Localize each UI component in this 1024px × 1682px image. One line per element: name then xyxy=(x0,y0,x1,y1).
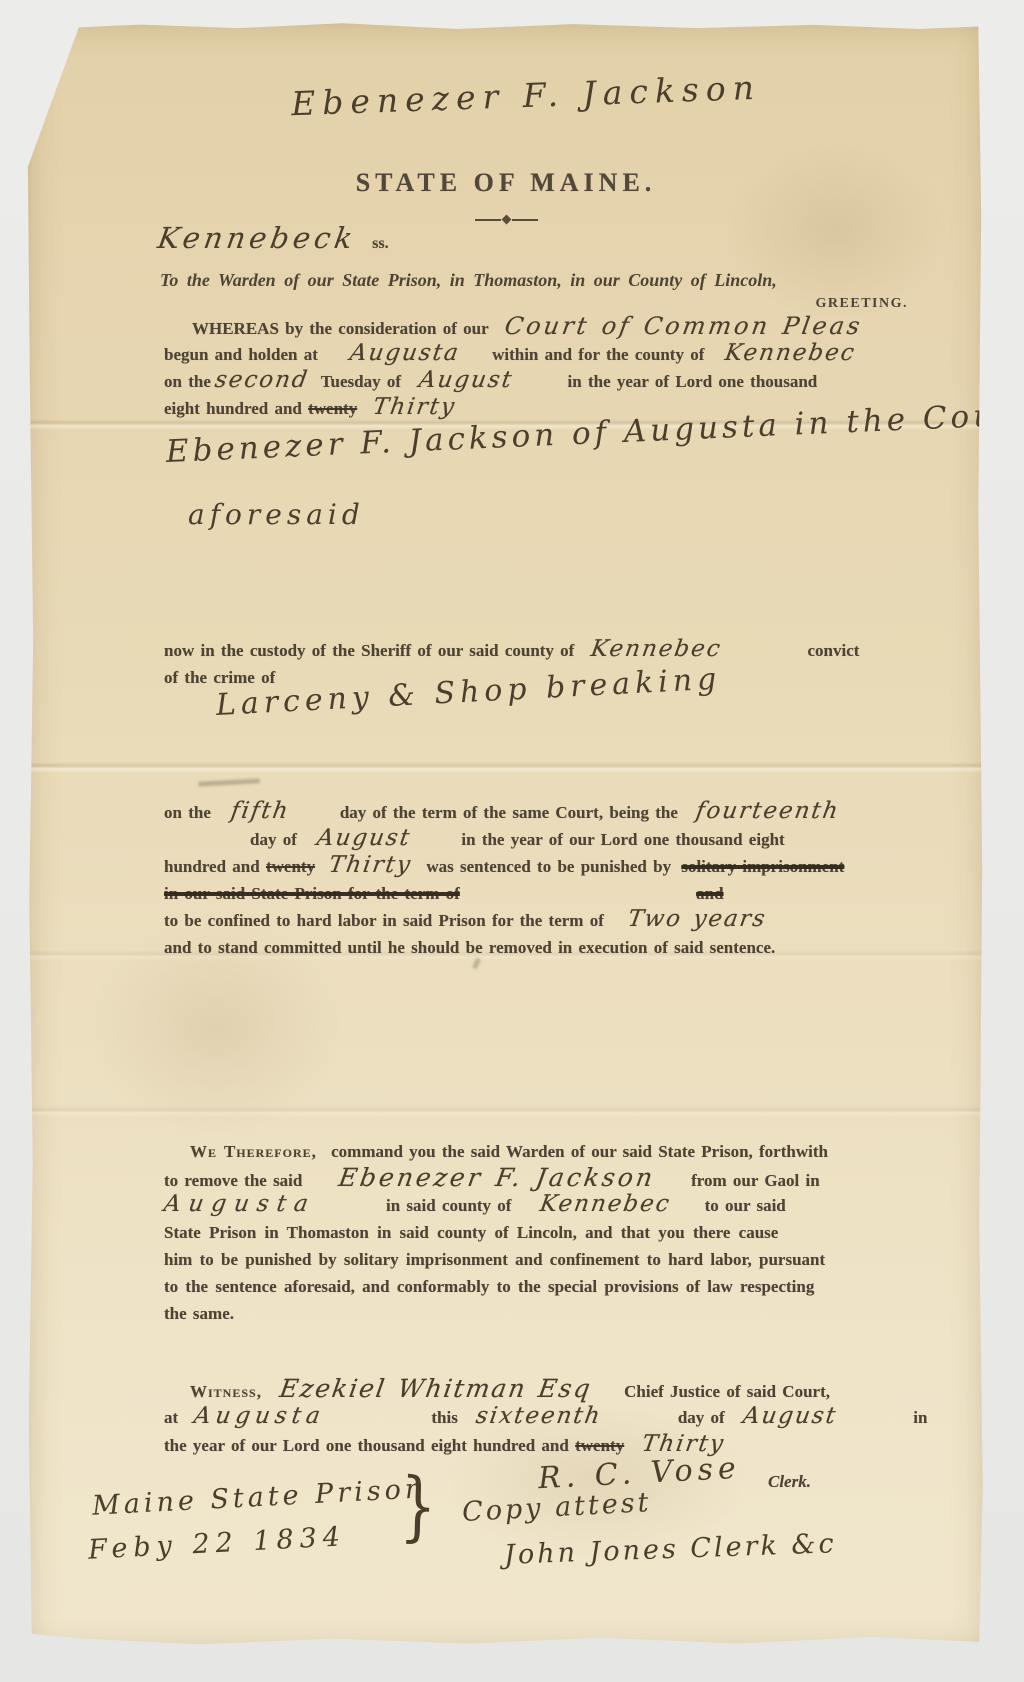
greeting-word: GREETING. xyxy=(816,296,908,312)
sentence-text: was sentenced to be punished by xyxy=(426,857,671,876)
sentence-text: day of xyxy=(250,830,297,849)
whereas-text: in the year of Lord one thousand xyxy=(568,372,818,391)
custody-text: convict xyxy=(807,641,859,660)
witness-text: Chief Justice of said Court, xyxy=(624,1382,830,1401)
struck-twenty: twenty xyxy=(308,399,357,418)
sentence-year-handwritten: Thirty xyxy=(328,854,414,877)
command-text: to the sentence aforesaid, and conformab… xyxy=(164,1277,814,1296)
fold-crease xyxy=(26,762,986,773)
term-length-handwritten: Two years xyxy=(626,908,768,931)
sentence-paragraph: on the fifth day of the term of the same… xyxy=(164,799,944,961)
holden-place-handwritten: Augusta xyxy=(348,342,461,365)
sentence-text: and to stand committed until he should b… xyxy=(164,938,775,957)
divider-line xyxy=(512,219,538,221)
whereas-text: within and for the county of xyxy=(492,345,704,364)
scan-background: { "header": { "docket_name": "Ebenezer F… xyxy=(0,0,1024,1682)
justice-name-handwritten: Ezekiel Whitman Esq xyxy=(278,1376,594,1401)
witness-text: Witness, xyxy=(190,1382,262,1401)
command-text: in said county of xyxy=(386,1196,512,1215)
divider-diamond xyxy=(501,215,511,225)
command-text: him to be punished by solitary imprisonm… xyxy=(164,1250,825,1269)
witness-text: this xyxy=(431,1408,457,1427)
witness-text: at xyxy=(164,1408,178,1427)
aforesaid-handwritten: aforesaid xyxy=(188,498,365,531)
brace-flourish: } xyxy=(399,1467,437,1545)
witness-place-handwritten: Augusta xyxy=(193,1405,327,1428)
command-paragraph: We Therefore, command you the said Warde… xyxy=(164,1138,944,1327)
custody-county-handwritten: Kennebec xyxy=(589,638,723,661)
copy-attest-handwritten: Copy attest xyxy=(461,1487,652,1528)
document-title: STATE OF MAINE. xyxy=(26,168,986,198)
command-text: to our said xyxy=(705,1196,786,1215)
attesting-clerk-handwritten: John Jones Clerk &c xyxy=(504,1528,837,1571)
month-handwritten: August xyxy=(417,369,515,392)
term-day-handwritten: fifth xyxy=(229,800,291,823)
command-text: to remove the said xyxy=(164,1171,302,1190)
attestation-place-handwritten: Maine State Prison xyxy=(91,1473,427,1521)
sentence-text: on the xyxy=(164,803,211,822)
county-handwritten: Kennebeck xyxy=(156,224,359,253)
remove-name-handwritten: Ebenezer F. Jackson xyxy=(337,1165,657,1190)
witness-day-handwritten: sixteenth xyxy=(474,1405,603,1428)
witness-paragraph: Witness, Ezekiel Whitman Esq Chief Justi… xyxy=(164,1376,944,1460)
document-paper: Ebenezer F. Jackson STATE OF MAINE. Kenn… xyxy=(26,20,986,1650)
struck-and: and xyxy=(696,884,723,903)
stain xyxy=(726,140,946,320)
sentence-text: in the year of our Lord one thousand eig… xyxy=(461,830,784,849)
witness-text: day of xyxy=(678,1408,725,1427)
whereas-text: WHEREAS by the consideration of our xyxy=(192,319,488,338)
struck-solitary-imprisonment: solitary imprisonment xyxy=(681,857,844,876)
command-text: State Prison in Thomaston in said county… xyxy=(164,1223,778,1242)
witness-month-handwritten: August xyxy=(741,1405,839,1428)
whereas-text: eight hundred and xyxy=(164,399,302,418)
county-suffix: ss. xyxy=(372,235,388,252)
command-county-handwritten: Kennebec xyxy=(538,1193,672,1216)
witness-text: in xyxy=(913,1408,927,1427)
command-text: the same. xyxy=(164,1304,234,1323)
month-day-handwritten: fourteenth xyxy=(694,800,841,823)
whereas-text: begun and holden at xyxy=(164,345,318,364)
custody-text: now in the custody of the Sheriff of our… xyxy=(164,641,574,660)
county-fill-handwritten: Kennebec xyxy=(723,342,857,365)
week-ordinal-handwritten: second xyxy=(213,369,310,392)
divider-line xyxy=(475,219,501,221)
command-text: command you the said Warden of our said … xyxy=(331,1142,828,1161)
ink-smudge xyxy=(198,778,260,786)
clerk-title-printed: Clerk. xyxy=(768,1472,811,1492)
struck-twenty: twenty xyxy=(266,857,315,876)
custody-text: of the crime of xyxy=(164,668,275,687)
whereas-text: on the xyxy=(164,372,211,391)
court-name-handwritten: Court of Common Pleas xyxy=(503,314,864,338)
we-therefore-text: We Therefore, xyxy=(190,1142,317,1161)
struck-twenty: twenty xyxy=(575,1436,624,1455)
sentence-text: hundred and xyxy=(164,857,260,876)
gaol-place-handwritten: Augusta xyxy=(162,1193,317,1216)
witness-text: the year of our Lord one thousand eight … xyxy=(164,1436,569,1455)
docket-name-handwritten: Ebenezer F. Jackson xyxy=(275,67,776,123)
year-thirty-handwritten: Thirty xyxy=(372,396,458,419)
sentence-month-handwritten: August xyxy=(315,827,413,850)
sentence-text: to be confined to hard labor in said Pri… xyxy=(164,911,604,930)
struck-prison-term-clause: in our said State Prison for the term of xyxy=(164,884,460,903)
fold-crease xyxy=(26,1106,986,1117)
attestation-date-handwritten: Feby 22 1834 xyxy=(87,1521,346,1565)
salutation-line: To the Warden of our State Prison, in Th… xyxy=(160,270,777,291)
whereas-text: Tuesday of xyxy=(321,372,401,391)
sentence-text: day of the term of the same Court, being… xyxy=(340,803,678,822)
command-text: from our Gaol in xyxy=(691,1171,820,1190)
